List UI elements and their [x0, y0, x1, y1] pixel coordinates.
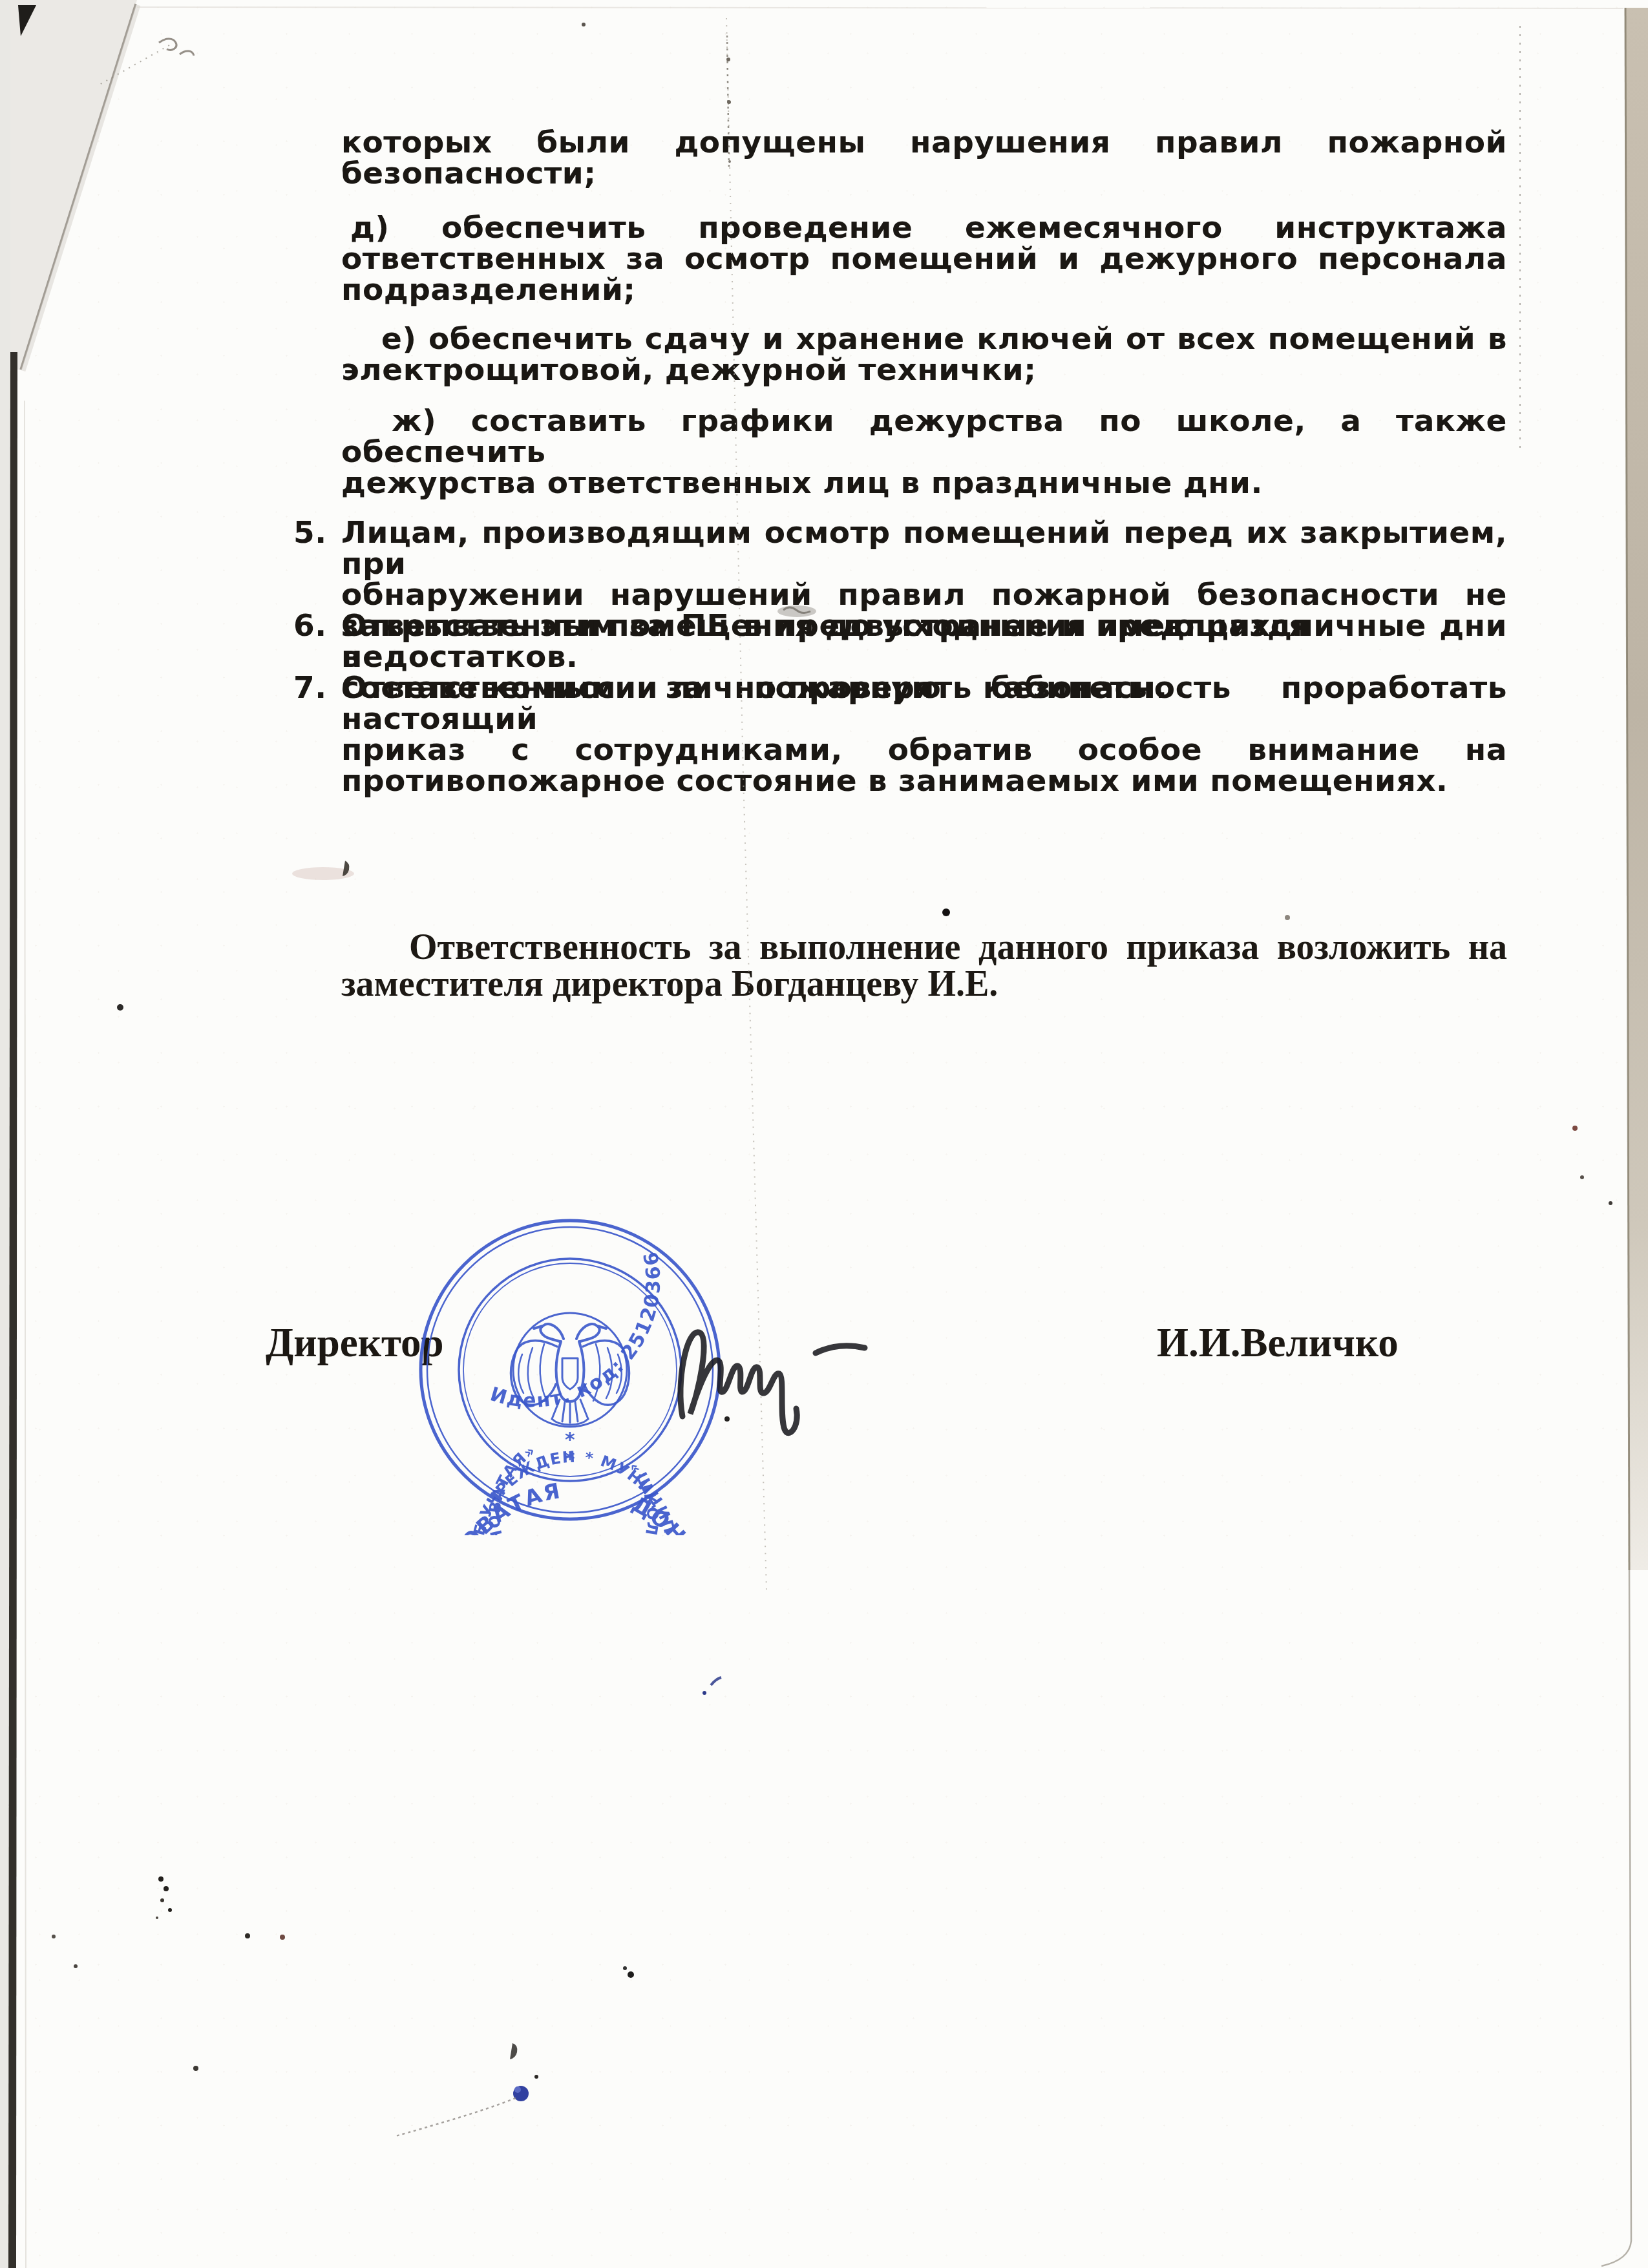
text-line: заместителя директора Богданцеву И.Е. — [341, 966, 1507, 1003]
list-number: 7. — [293, 673, 327, 704]
closing-paragraph: Ответственность за выполнение данного пр… — [341, 929, 1507, 1003]
director-role-label: Директор — [266, 1319, 444, 1367]
text-line: безопасности; — [341, 158, 1507, 189]
para-continuation: которых были допущены нарушения правил п… — [341, 127, 1507, 189]
document-text: которых были допущены нарушения правил п… — [0, 0, 1648, 2268]
text-line: приказ с сотрудниками, обратив особое вн… — [341, 735, 1507, 766]
text-line: подразделений; — [341, 275, 1507, 306]
text-line: Ответственным за ПБ в предвыходные и пре… — [341, 611, 1507, 673]
text-line: Ответственным за пожарную безопасность п… — [341, 673, 1507, 735]
text-line: Лицам, производящим осмотр помещений пер… — [341, 518, 1507, 580]
text-line: которых были допущены нарушения правил п… — [341, 127, 1507, 158]
text-line: Ответственность за выполнение данного пр… — [341, 929, 1507, 966]
text-line: обнаружении нарушений правил пожарной бе… — [341, 580, 1507, 611]
text-line: дежурства ответственных лиц в праздничны… — [341, 468, 1507, 499]
text-line: д) обеспечить проведение ежемесячного ин… — [341, 213, 1507, 244]
scanned-document-page: которых были допущены нарушения правил п… — [0, 0, 1648, 2268]
director-name: И.И.Величко — [1157, 1319, 1399, 1367]
text-line: е) обеспечить сдачу и хранение ключей от… — [341, 324, 1507, 355]
text-line: ответственных за осмотр помещений и дежу… — [341, 244, 1507, 275]
text-line: электрощитовой, дежурной технички; — [341, 355, 1507, 386]
para-zh: ж) составить графики дежурства по школе,… — [341, 406, 1507, 499]
para-d: д) обеспечить проведение ежемесячного ин… — [341, 213, 1507, 306]
text-line: противопожарное состояние в занимаемых и… — [341, 766, 1507, 797]
list-item-7: 7.Ответственным за пожарную безопасность… — [341, 673, 1507, 797]
list-number: 5. — [293, 518, 327, 549]
para-e: е) обеспечить сдачу и хранение ключей от… — [341, 324, 1507, 386]
text-line: ж) составить графики дежурства по школе,… — [341, 406, 1507, 468]
list-number: 6. — [293, 611, 327, 642]
